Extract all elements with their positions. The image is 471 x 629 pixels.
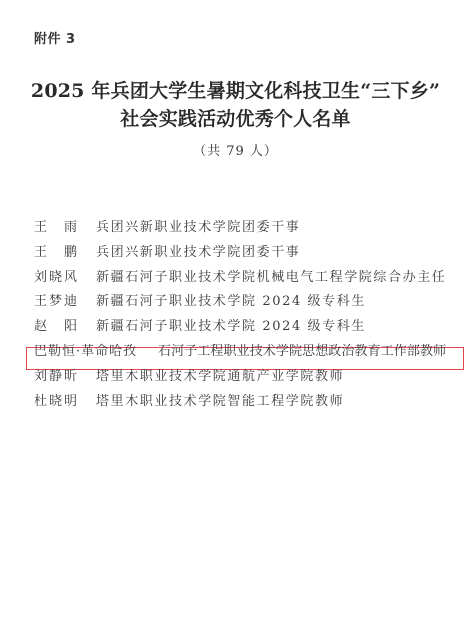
person-name: 王 雨 — [34, 216, 96, 241]
list-item: 刘静昕 塔里木职业技术学院通航产业学院教师 — [34, 365, 464, 390]
list-item: 王 雨 兵团兴新职业技术学院团委干事 — [34, 216, 464, 241]
list-item: 王梦迪 新疆石河子职业技术学院 2024 级专科生 — [34, 290, 464, 315]
list-item: 刘晓风 新疆石河子职业技术学院机械电气工程学院综合办主任 — [34, 266, 464, 291]
list-item: 王 鹏 兵团兴新职业技术学院团委干事 — [34, 241, 464, 266]
person-name: 王 鹏 — [34, 241, 96, 266]
list-item: 赵 阳 新疆石河子职业技术学院 2024 级专科生 — [34, 315, 464, 340]
person-name: 杜晓明 — [34, 390, 96, 415]
person-description: 塔里木职业技术学院通航产业学院教师 — [96, 365, 344, 390]
person-description: 塔里木职业技术学院智能工程学院教师 — [96, 390, 344, 415]
total-count: （共 79 人） — [0, 140, 471, 159]
document-title-line-2: 社会实践活动优秀个人名单 — [0, 104, 471, 131]
person-description: 新疆石河子职业技术学院机械电气工程学院综合办主任 — [96, 266, 446, 291]
person-name: 巴勒恒·革命哈孜 — [34, 340, 158, 365]
person-name: 王梦迪 — [34, 290, 96, 315]
person-name: 刘静昕 — [34, 365, 96, 390]
list-item: 杜晓明 塔里木职业技术学院智能工程学院教师 — [34, 390, 464, 415]
person-description: 新疆石河子职业技术学院 2024 级专科生 — [96, 290, 366, 315]
list-item-highlighted: 巴勒恒·革命哈孜 石河子工程职业技术学院思想政治教育工作部教师 — [34, 340, 464, 365]
person-name: 赵 阳 — [34, 315, 96, 340]
person-description: 石河子工程职业技术学院思想政治教育工作部教师 — [158, 340, 446, 365]
person-name: 刘晓风 — [34, 266, 96, 291]
person-description: 新疆石河子职业技术学院 2024 级专科生 — [96, 315, 366, 340]
person-description: 兵团兴新职业技术学院团委干事 — [96, 241, 300, 266]
person-description: 兵团兴新职业技术学院团委干事 — [96, 216, 300, 241]
name-list: 王 雨 兵团兴新职业技术学院团委干事 王 鹏 兵团兴新职业技术学院团委干事 刘晓… — [34, 216, 464, 414]
attachment-label: 附件 3 — [34, 28, 76, 47]
document-title-line-1: 2025 年兵团大学生暑期文化科技卫生“三下乡” — [0, 76, 471, 103]
